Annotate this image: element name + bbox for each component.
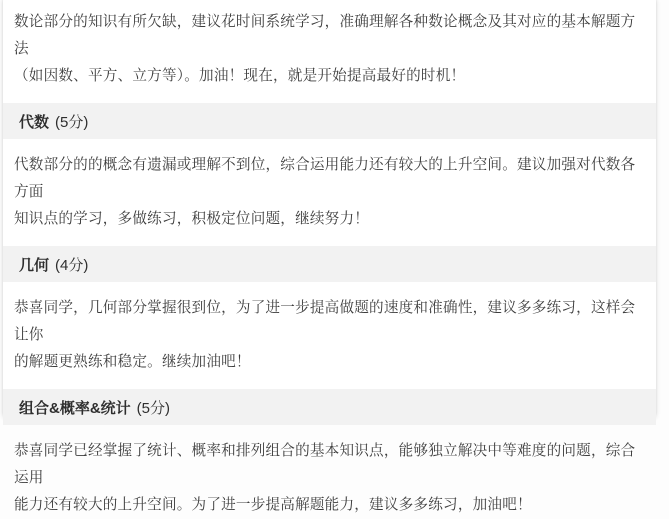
section-title-combinatorics-probability-statistics: 组合&概率&统计 (19, 397, 131, 418)
assessment-report-card: 数论部分的知识有所欠缺，建议花时间系统学习，准确理解各种数论概念及其对应的基本解… (3, 0, 656, 418)
section-header-algebra: 代数 (5分) (3, 103, 656, 139)
number-theory-feedback-paragraph: 数论部分的知识有所欠缺，建议花时间系统学习，准确理解各种数论概念及其对应的基本解… (14, 9, 645, 90)
section-title-algebra: 代数 (19, 111, 49, 132)
section-score-geometry: (4分) (55, 254, 88, 275)
section-score-combinatorics-probability-statistics: (5分) (137, 397, 170, 418)
geometry-feedback-paragraph: 恭喜同学，几何部分掌握很到位，为了进一步提高做题的速度和准确性，建议多多练习，这… (14, 295, 645, 376)
algebra-feedback-paragraph: 代数部分的的概念有遗漏或理解不到位，综合运用能力还有较大的上升空间。建议加强对代… (14, 152, 645, 233)
section-title-geometry: 几何 (19, 254, 49, 275)
section-score-algebra: (5分) (55, 111, 88, 132)
section-header-combinatorics-probability-statistics: 组合&概率&统计 (5分) (3, 389, 656, 423)
section-header-geometry: 几何 (4分) (3, 246, 656, 282)
